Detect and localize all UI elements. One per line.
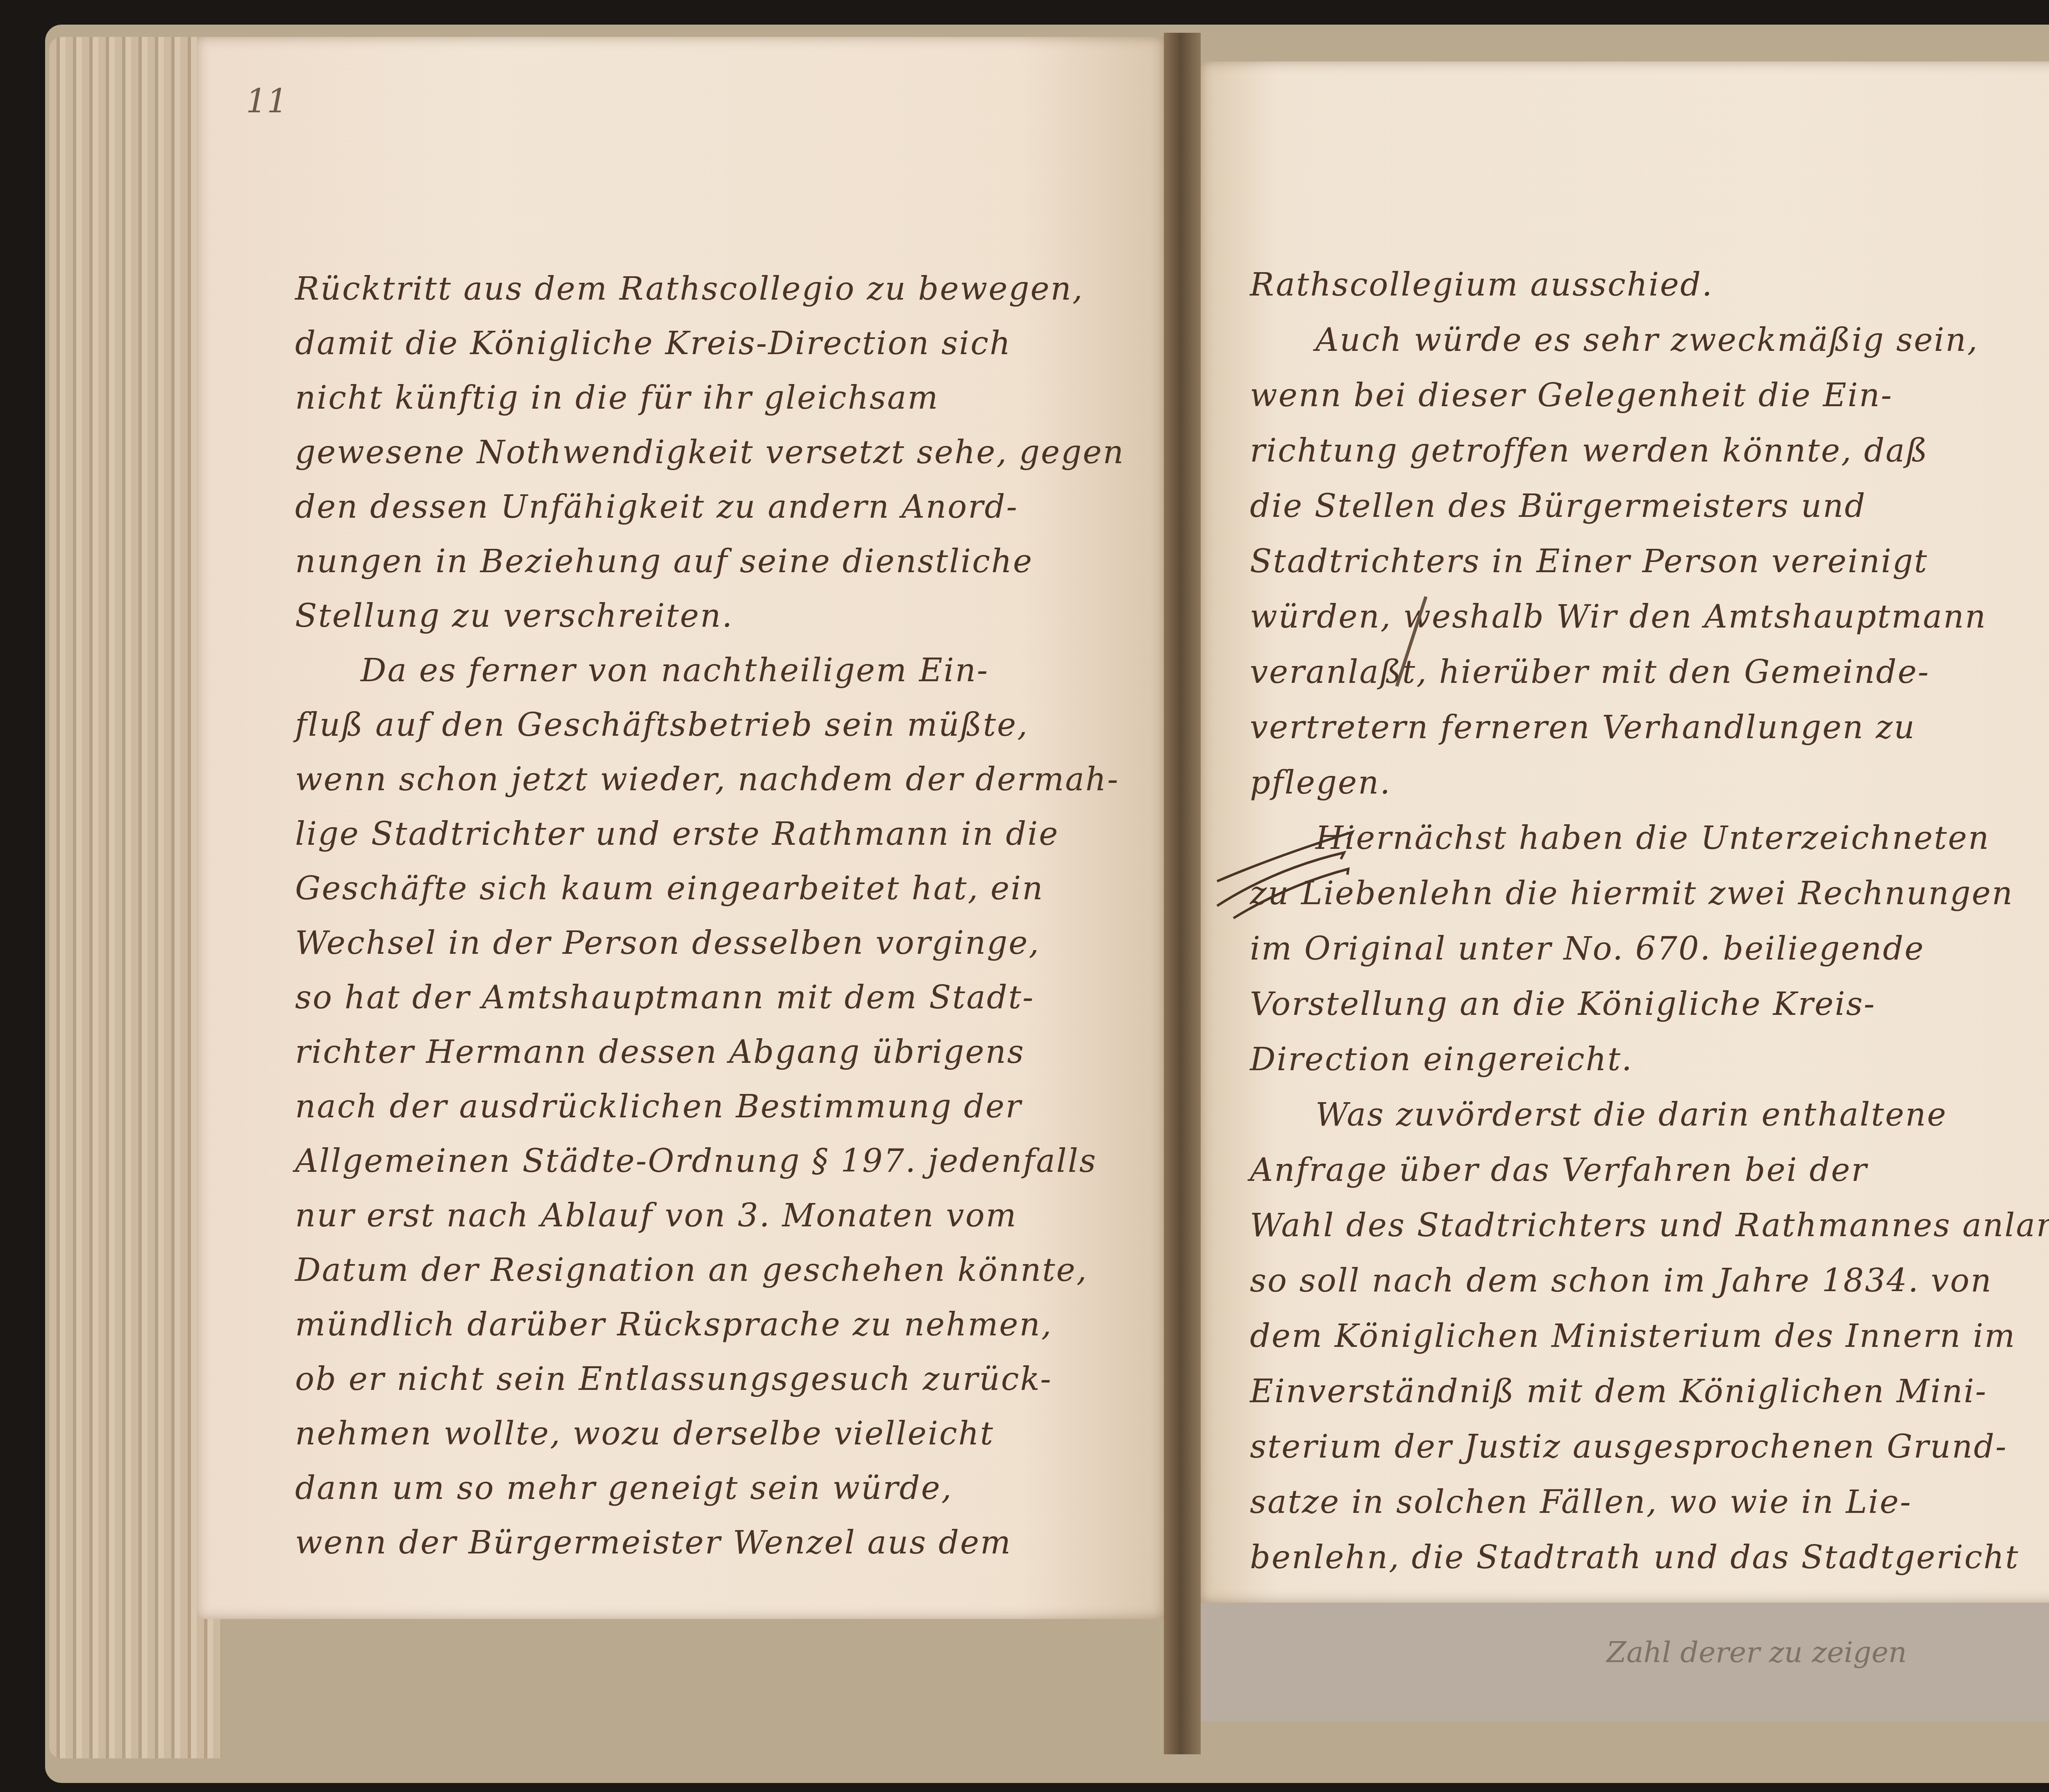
manuscript-line: benlehn, die Stadtrath und das Stadtgeri… [1250,1539,2019,1576]
manuscript-line: lige Stadtrichter und erste Rathmann in … [295,816,1059,853]
manuscript-line: wenn schon jetzt wieder, nachdem der der… [295,761,1119,798]
manuscript-line: Direction eingereicht. [1250,1041,1633,1078]
manuscript-line: die Stellen des Bürgermeisters und [1250,488,1866,525]
bleed-through-text: Zahl derer zu zeigen [1606,1635,1907,1669]
manuscript-line: den dessen Unfähigkeit zu andern Anord- [295,489,1018,525]
left-page: 11 Rücktritt aus dem Rathscollegio zu be… [197,37,1164,1619]
manuscript-line: mündlich darüber Rücksprache zu nehmen, [295,1306,1053,1343]
manuscript-line: Einverständniß mit dem Königlichen Mini- [1250,1373,1987,1410]
manuscript-line: satze in solchen Fällen, wo wie in Lie- [1250,1484,1912,1521]
manuscript-line: nicht künftig in die für ihr gleichsam [295,380,939,416]
manuscript-line: Was zuvörderst die darin enthaltene [1250,1096,1947,1133]
manuscript-line: vertretern ferneren Verhandlungen zu [1250,709,1916,746]
manuscript-line: Wechsel in der Person desselben vorginge… [295,925,1040,962]
manuscript-line: dem Königlichen Ministerium des Innern i… [1250,1318,2016,1355]
manuscript-line: nehmen wollte, wozu derselbe vielleicht [295,1415,994,1452]
manuscript-line: Datum der Resignation an geschehen könnt… [295,1252,1088,1289]
manuscript-line: wenn der Bürgermeister Wenzel aus dem [295,1524,1012,1561]
manuscript-line: nungen in Beziehung auf seine dienstlich… [295,543,1033,580]
manuscript-line: Stellung zu verschreiten. [295,598,734,634]
manuscript-line: so hat der Amtshauptmann mit dem Stadt- [295,979,1034,1016]
manuscript-line: veranlaßt, hierüber mit den Gemeinde- [1250,654,1930,691]
manuscript-line: so soll nach dem schon im Jahre 1834. vo… [1250,1262,1992,1299]
manuscript-line: Rathscollegium ausschied. [1250,266,1713,303]
manuscript-line: damit die Königliche Kreis-Direction sic… [295,325,1011,362]
manuscript-line: pflegen. [1250,764,1391,801]
manuscript-line: ob er nicht sein Entlassungsgesuch zurüc… [295,1361,1052,1398]
manuscript-line: nur erst nach Ablauf von 3. Monaten vom [295,1197,1018,1234]
corner-mark: 11 [246,82,288,120]
left-page-edges [49,37,221,1758]
manuscript-line: dann um so mehr geneigt sein würde, [295,1470,953,1507]
manuscript-line: Da es ferner von nachtheiligem Ein- [295,652,989,689]
manuscript-line: nach der ausdrücklichen Bestimmung der [295,1088,1022,1125]
manuscript-line: fluß auf den Geschäftsbetrieb sein müßte… [295,707,1029,744]
manuscript-line: Geschäfte sich kaum eingearbeitet hat, e… [295,870,1044,907]
book-gutter [1164,33,1201,1754]
manuscript-line: Allgemeinen Städte-Ordnung § 197. jedenf… [295,1143,1097,1180]
annotation-strokes-icon [1213,824,1385,939]
manuscript-line: richter Hermann dessen Abgang übrigens [295,1034,1025,1071]
manuscript-line: gewesene Nothwendigkeit versetzt sehe, g… [295,434,1125,471]
manuscript-line: Stadtrichters in Einer Person vereinigt [1250,543,1928,580]
manuscript-line: Rücktritt aus dem Rathscollegio zu beweg… [295,271,1084,307]
manuscript-line: richtung getroffen werden könnte, daß [1250,432,1929,469]
manuscript-line: Wahl des Stadtrichters und Rathmannes an… [1250,1207,2049,1244]
manuscript-line: würden, weshalb Wir den Amtshauptmann [1250,598,1987,635]
manuscript-line: Auch würde es sehr zweckmäßig sein, [1250,322,1979,359]
manuscript-line: sterium der Justiz ausgesprochenen Grund… [1250,1428,2008,1465]
manuscript-line: wenn bei dieser Gelegenheit die Ein- [1250,377,1893,414]
manuscript-line: Anfrage über das Verfahren bei der [1250,1152,1868,1189]
manuscript-line: Vorstellung an die Königliche Kreis- [1250,986,1876,1023]
